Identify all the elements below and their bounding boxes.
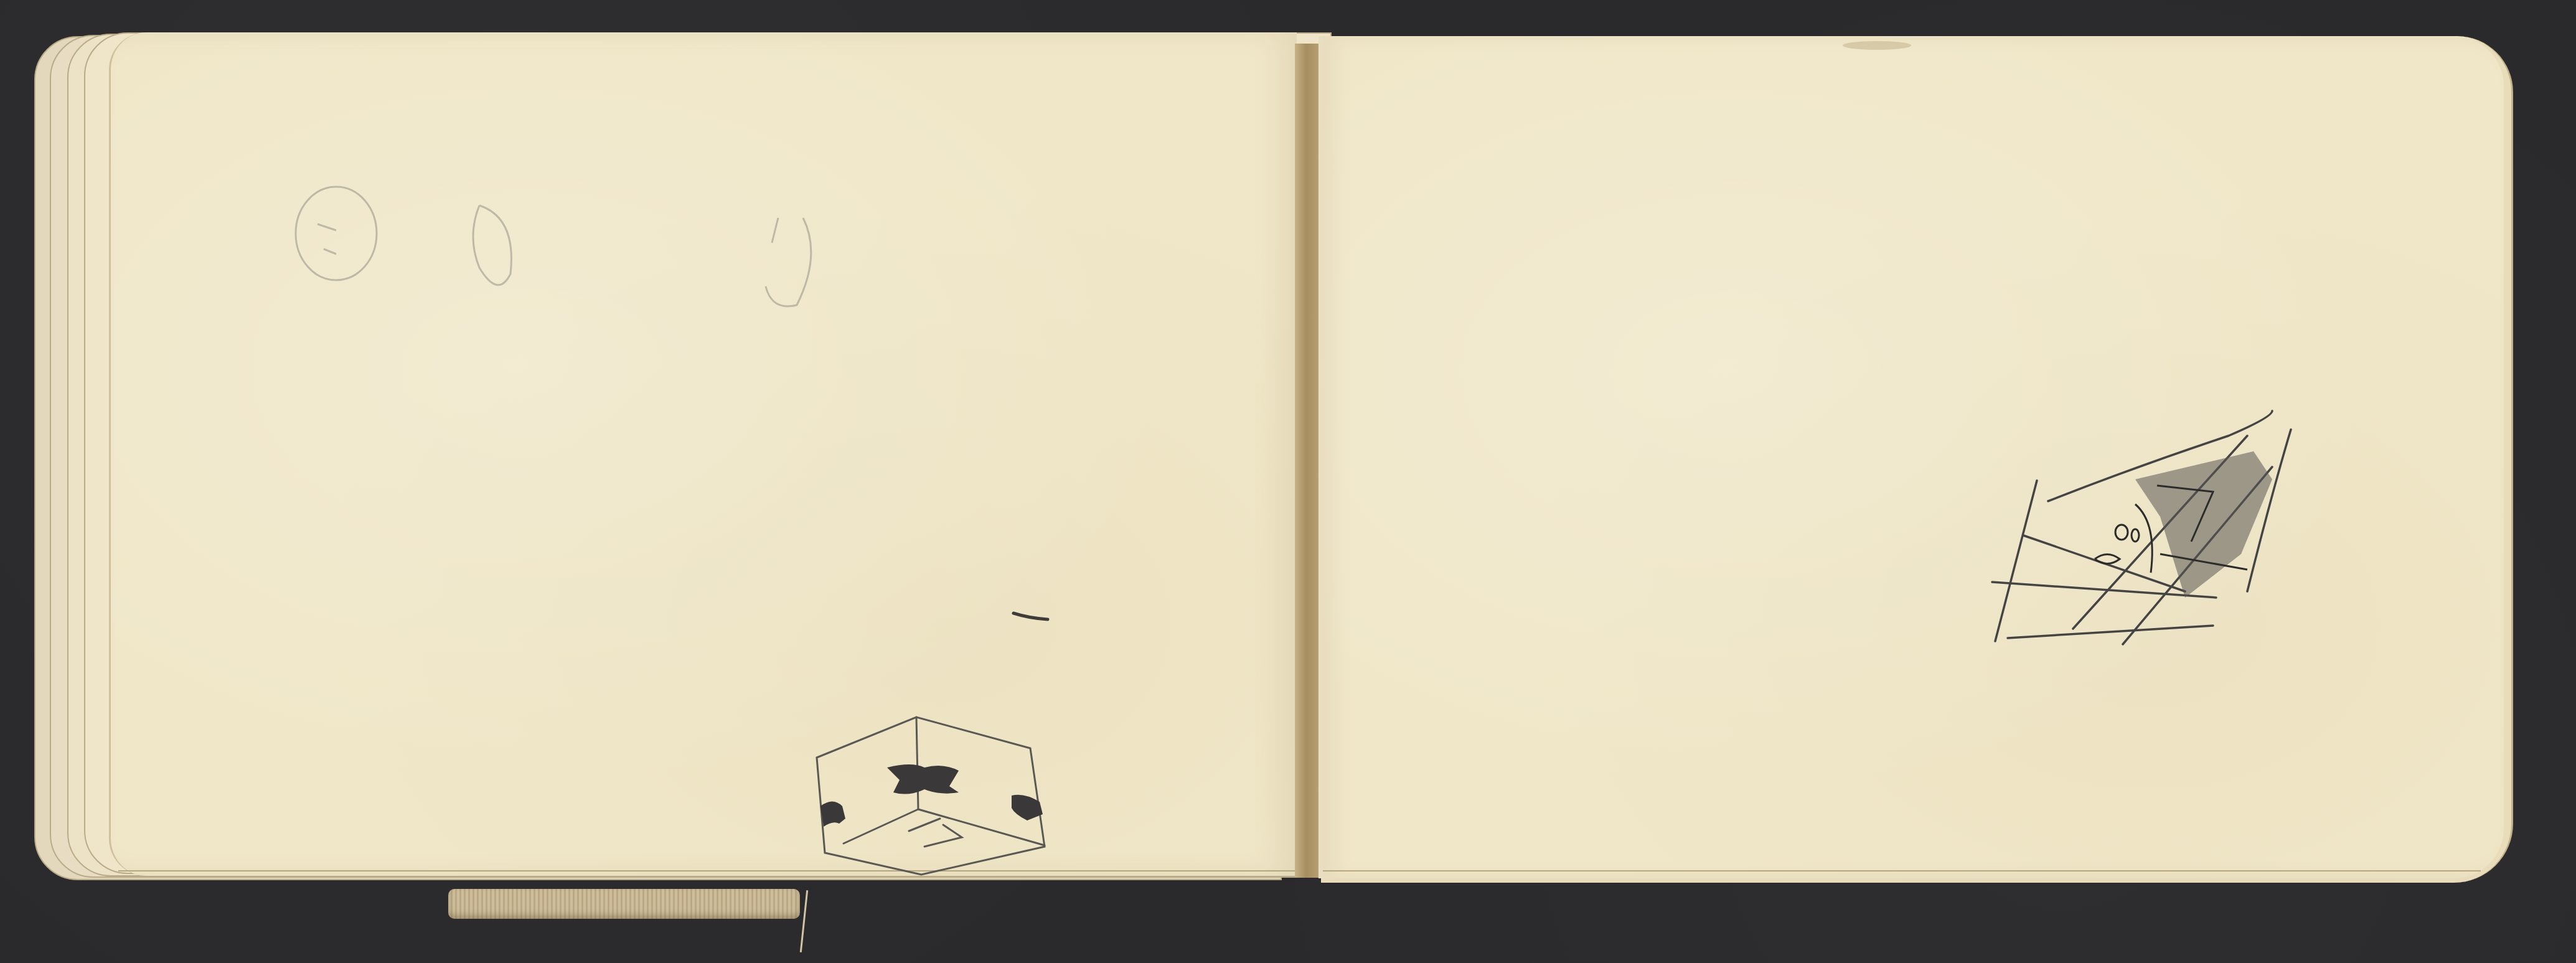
cloth-binding-tape: [448, 889, 800, 919]
rosette-center: [887, 764, 959, 794]
pencil-flick-mark: [1008, 610, 1058, 629]
dark-rosette-ornaments: [820, 764, 1043, 827]
figure-eye: [2115, 525, 2128, 540]
rosette-left: [820, 802, 845, 827]
top-edge-stain: [1843, 41, 1911, 50]
isometric-box-drawing: [809, 685, 1089, 903]
left-page: [109, 32, 1297, 876]
faint-face-oval: [296, 187, 377, 280]
left-page-bottom-edge: [118, 870, 1295, 871]
right-page-torn-edge: [1319, 36, 1323, 878]
figure-mouth: [2095, 555, 2120, 564]
framed-figure-sketch: [1980, 392, 2353, 660]
right-page-bottom-edge: [1323, 870, 2481, 871]
faint-oval-sketches: [274, 168, 834, 293]
faint-profile-oval: [473, 205, 511, 285]
